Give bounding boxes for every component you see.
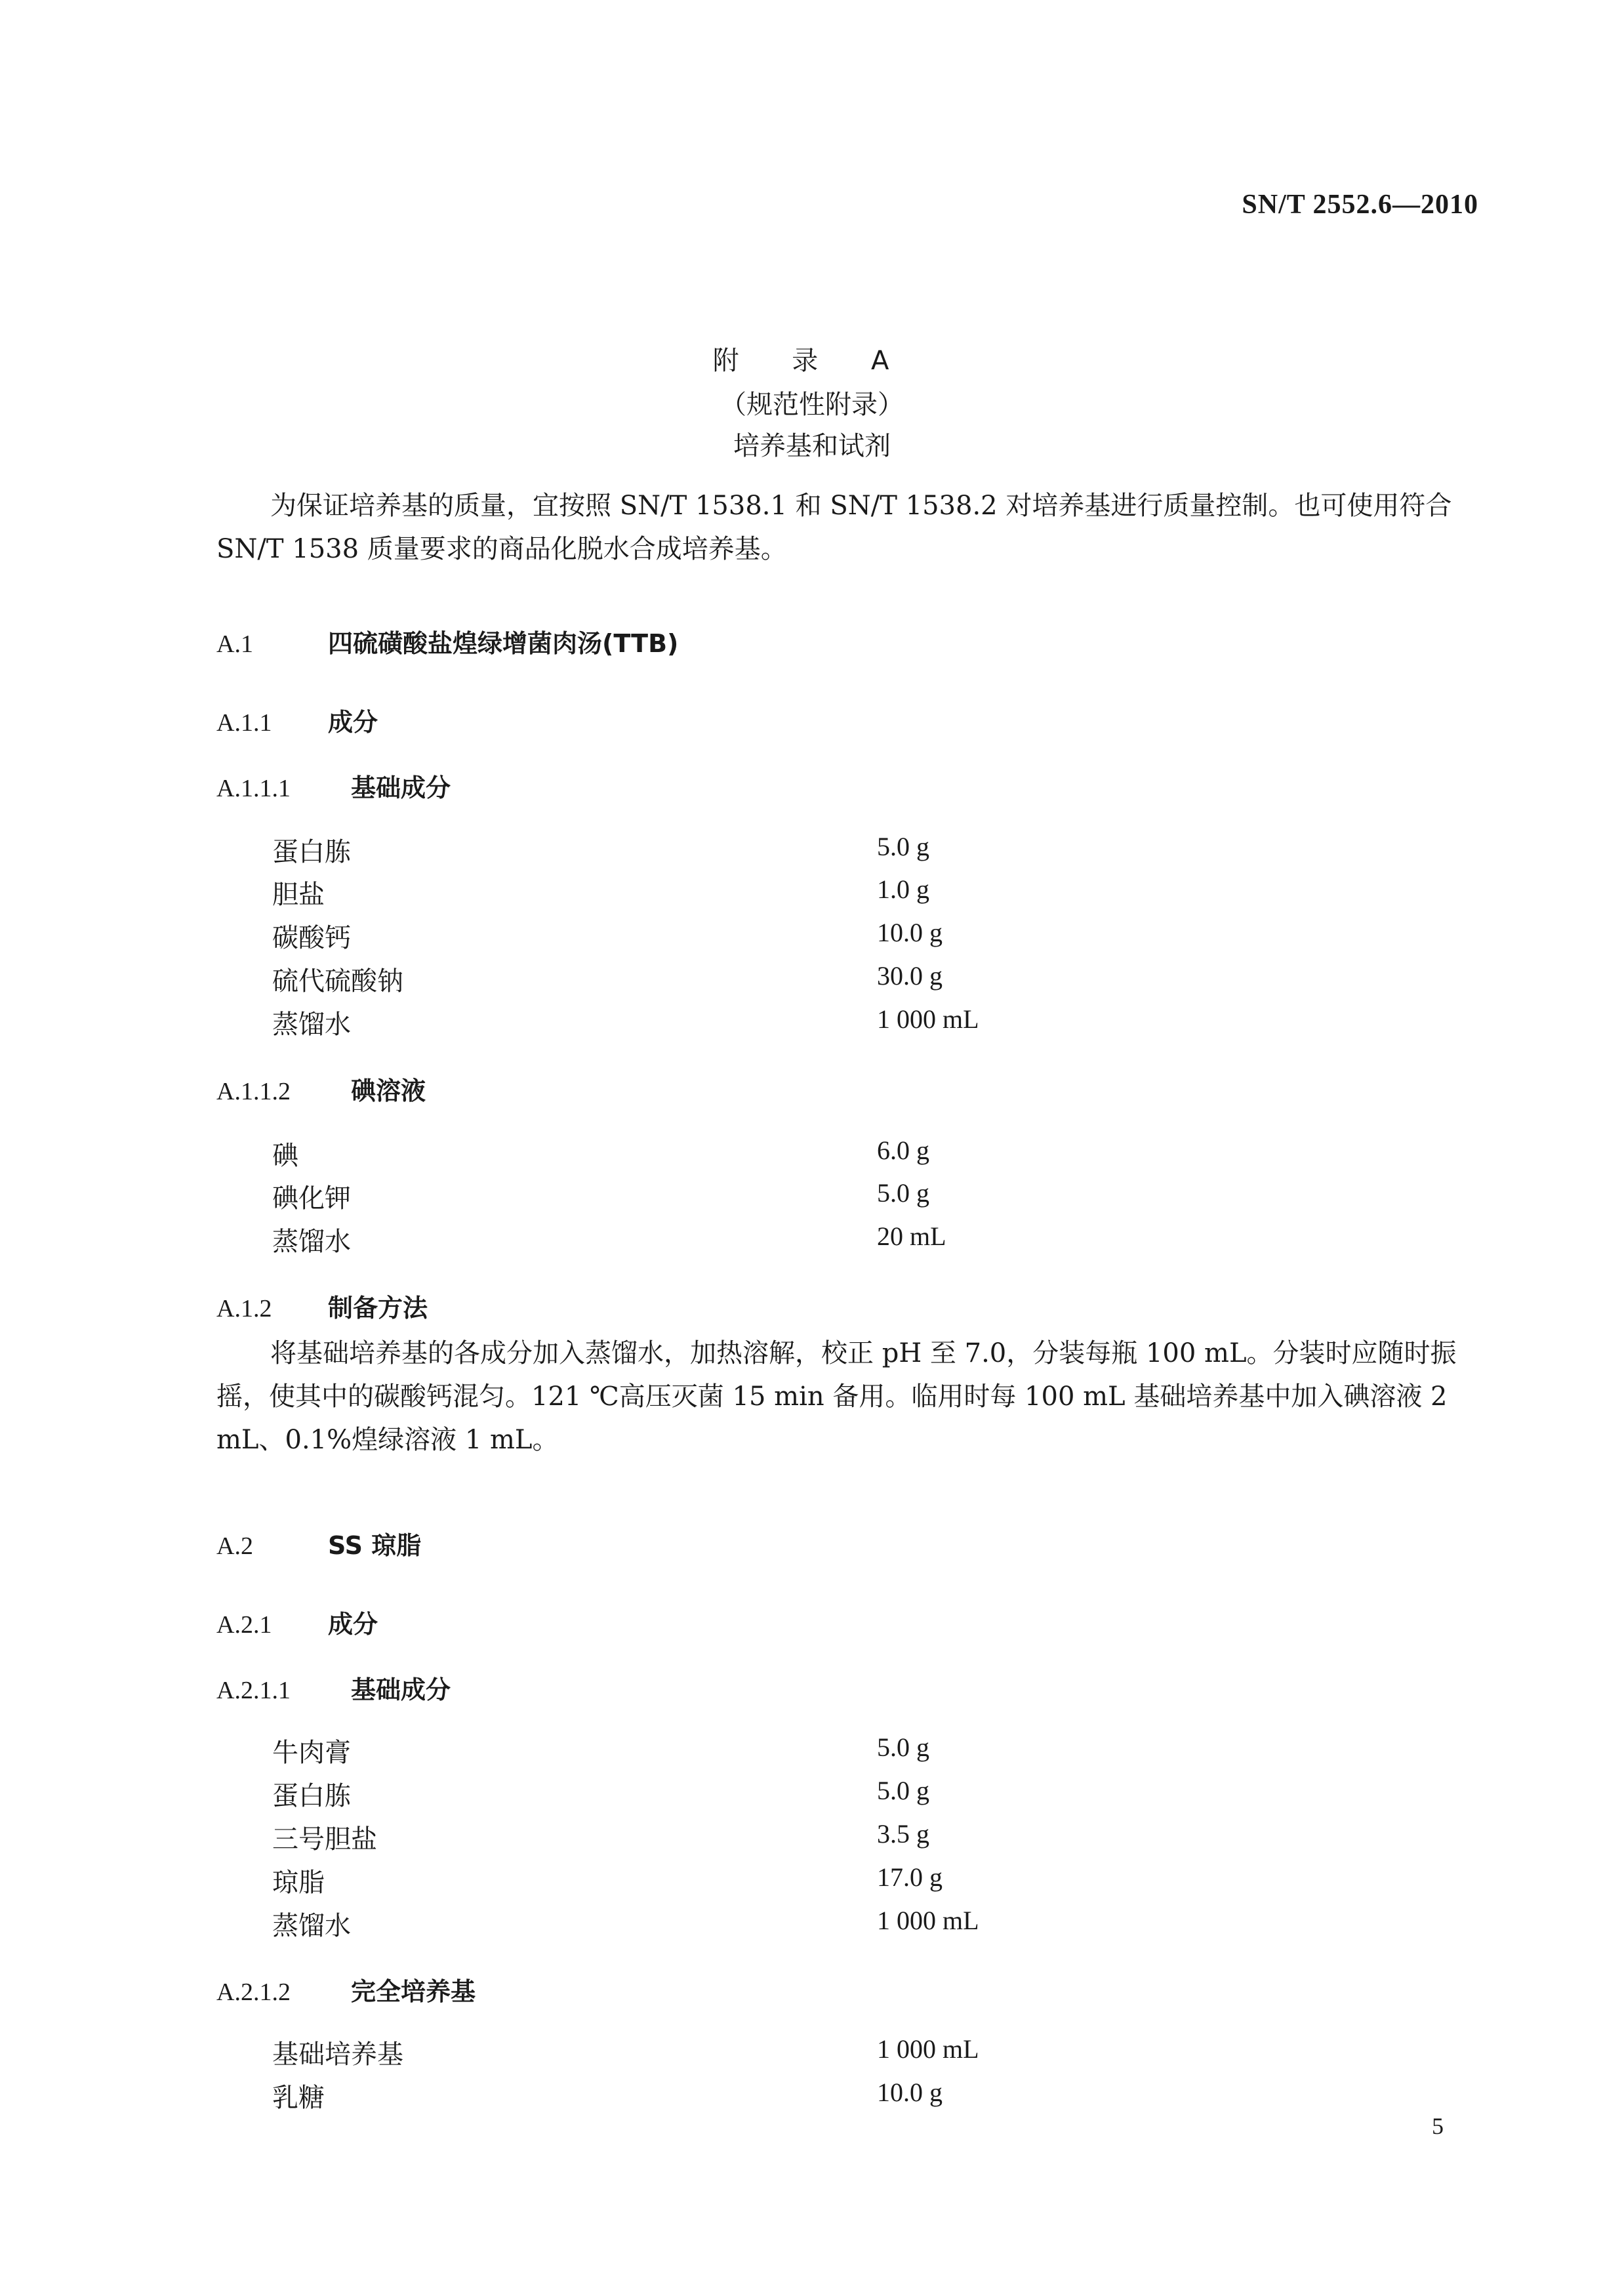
preparation-paragraph: 将基础培养基的各成分加入蒸馏水，加热溶解，校正 pH 至 7.0，分装每瓶 10… xyxy=(216,1332,1476,1462)
annex-title: 培养基和试剂 xyxy=(0,425,1624,462)
ingredient-name: 牛肉膏 xyxy=(272,1732,351,1769)
ingredient-name: 胆盐 xyxy=(272,874,325,911)
ingredient-name: 蒸馏水 xyxy=(272,1905,351,1942)
ingredient-name: 蒸馏水 xyxy=(272,1221,351,1258)
section-title: 碘溶液 xyxy=(351,1076,426,1105)
ingredient-name: 碳酸钙 xyxy=(272,917,351,954)
section-heading-a21: A.2.1成分 xyxy=(216,1604,378,1640)
section-number: A.2.1 xyxy=(216,1610,328,1639)
ingredient-name: 碘化钾 xyxy=(272,1178,351,1215)
ingredient-name: 蒸馏水 xyxy=(272,1004,351,1041)
ingredient-name: 蛋白胨 xyxy=(272,831,351,869)
section-number: A.1 xyxy=(216,630,328,659)
section-title: SS 琼脂 xyxy=(328,1531,421,1560)
section-title: 四硫磺酸盐煌绿增菌肉汤(TTB) xyxy=(328,629,678,658)
section-number: A.2 xyxy=(216,1532,328,1561)
annex-label: 附 录 A xyxy=(0,340,1624,377)
ingredient-name: 硫代硫酸钠 xyxy=(272,960,403,998)
ingredient-amount: 5.0 g xyxy=(877,1775,929,1806)
ingredient-amount: 1 000 mL xyxy=(877,2034,979,2064)
annex-type: （规范性附录） xyxy=(0,384,1624,421)
section-number: A.2.1.2 xyxy=(216,1978,351,2007)
section-heading-a1: A.1四硫磺酸盐煌绿增菌肉汤(TTB) xyxy=(216,623,678,659)
ingredient-name: 碘 xyxy=(272,1135,298,1172)
page-number: 5 xyxy=(1432,2112,1444,2140)
ingredient-name: 琼脂 xyxy=(272,1862,325,1899)
ingredient-amount: 5.0 g xyxy=(877,1732,929,1763)
section-title: 基础成分 xyxy=(351,773,451,802)
ingredient-name: 乳糖 xyxy=(272,2077,325,2114)
section-heading-a111: A.1.1.1基础成分 xyxy=(216,768,451,804)
section-heading-a11: A.1.1成分 xyxy=(216,702,378,738)
section-heading-a2: A.2SS 琼脂 xyxy=(216,1525,421,1561)
ingredient-name: 蛋白胨 xyxy=(272,1775,351,1813)
section-title: 完全培养基 xyxy=(351,1977,476,2006)
ingredient-amount: 1 000 mL xyxy=(877,1905,979,1936)
section-number: A.1.1 xyxy=(216,708,328,737)
section-title: 制备方法 xyxy=(328,1294,428,1322)
ingredient-amount: 30.0 g xyxy=(877,960,943,991)
ingredient-amount: 1.0 g xyxy=(877,874,929,905)
standard-code: SN/T 2552.6—2010 xyxy=(1242,189,1478,220)
ingredient-amount: 17.0 g xyxy=(877,1862,943,1893)
section-title: 成分 xyxy=(328,708,378,737)
ingredient-amount: 3.5 g xyxy=(877,1818,929,1849)
ingredient-amount: 10.0 g xyxy=(877,917,943,948)
section-title: 基础成分 xyxy=(351,1675,451,1704)
section-number: A.1.2 xyxy=(216,1294,328,1323)
section-title: 成分 xyxy=(328,1610,378,1639)
ingredient-amount: 5.0 g xyxy=(877,1178,929,1208)
ingredient-name: 三号胆盐 xyxy=(272,1818,377,1856)
section-heading-a112: A.1.1.2碘溶液 xyxy=(216,1071,426,1107)
section-heading-a212: A.2.1.2完全培养基 xyxy=(216,1971,476,2007)
section-heading-a12: A.1.2制备方法 xyxy=(216,1288,428,1324)
section-number: A.1.1.1 xyxy=(216,774,351,803)
section-number: A.1.1.2 xyxy=(216,1077,351,1106)
ingredient-amount: 20 mL xyxy=(877,1221,946,1252)
intro-paragraph: 为保证培养基的质量，宜按照 SN/T 1538.1 和 SN/T 1538.2 … xyxy=(216,484,1476,571)
ingredient-amount: 6.0 g xyxy=(877,1135,929,1166)
ingredient-amount: 1 000 mL xyxy=(877,1004,979,1034)
section-heading-a211: A.2.1.1基础成分 xyxy=(216,1669,451,1706)
ingredient-name: 基础培养基 xyxy=(272,2034,403,2071)
ingredient-amount: 10.0 g xyxy=(877,2077,943,2108)
ingredient-amount: 5.0 g xyxy=(877,831,929,862)
section-number: A.2.1.1 xyxy=(216,1676,351,1705)
